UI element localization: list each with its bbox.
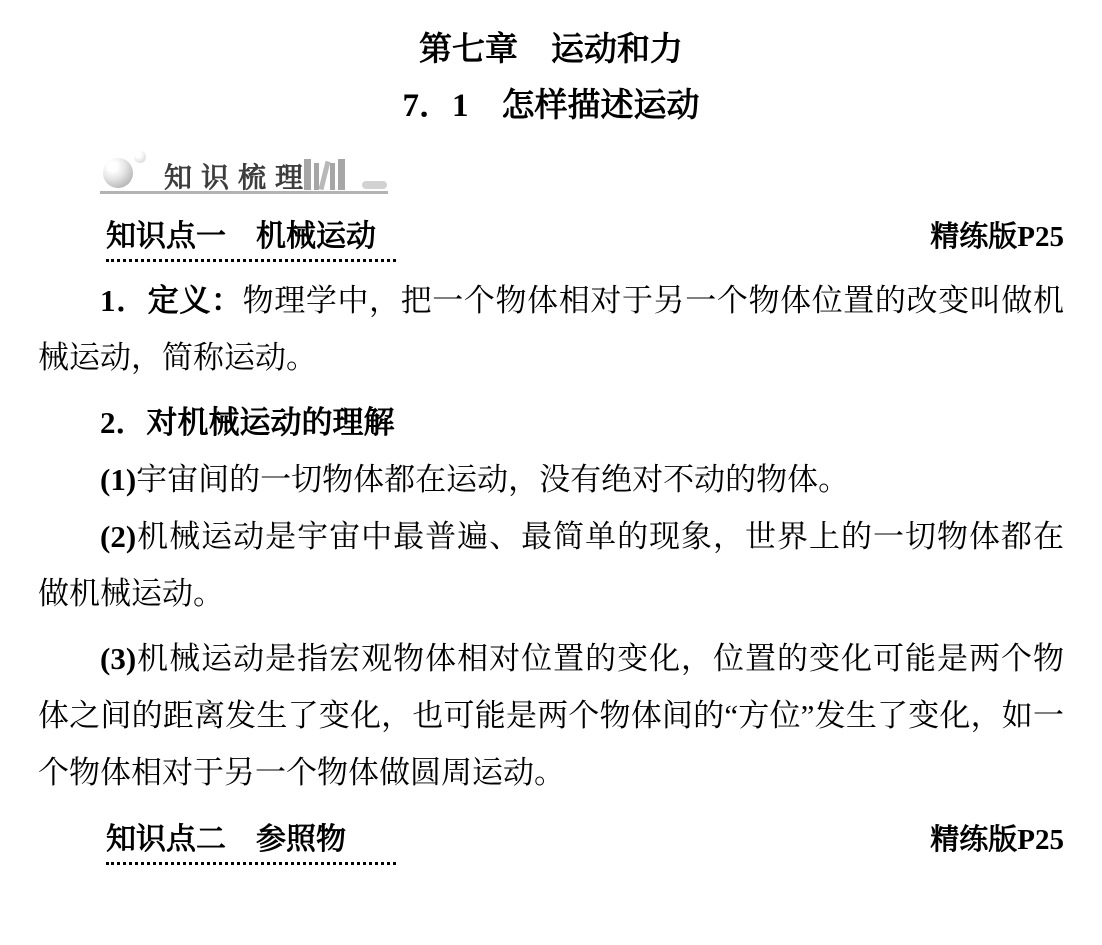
item-2-text: 机械运动是宇宙中最普遍、最简单的现象，世界上的一切物体都在做机械运动。 [38, 519, 1064, 611]
item-3-marker: (3) [100, 641, 136, 676]
knowledge-point-2-heading: 知识点二 参照物 [106, 823, 396, 865]
knowledge-point-1-row: 知识点一 机械运动 精练版P25 [106, 214, 1064, 262]
item-2-marker: (2) [100, 519, 136, 554]
understanding-item-3: (3)机械运动是指宏观物体相对位置的变化，位置的变化可能是两个物体之间的距离发生… [38, 630, 1064, 801]
textbook-page: 第七章 运动和力 7．1 怎样描述运动 知识梳理 知识点一 机械运动 精练版P2… [0, 0, 1102, 945]
knowledge-review-banner: 知识梳理 [100, 152, 440, 198]
knowledge-point-1-pageref: 精练版P25 [930, 214, 1064, 255]
understanding-heading: 2．对机械运动的理解 [38, 394, 1064, 451]
understanding-item-2: (2)机械运动是宇宙中最普遍、最简单的现象，世界上的一切物体都在做机械运动。 [38, 508, 1064, 622]
banner-label: 知识梳理 [164, 156, 312, 196]
definition-paragraph: 1．定义：物理学中，把一个物体相对于另一个物体位置的改变叫做机械运动，简称运动。 [38, 272, 1064, 386]
small-circle-icon [134, 151, 146, 163]
knowledge-point-1-heading: 知识点一 机械运动 [106, 220, 396, 262]
sphere-icon [103, 158, 133, 188]
understanding-item-1: (1)宇宙间的一切物体都在运动，没有绝对不动的物体。 [38, 451, 1064, 508]
understanding-number: 2． [100, 405, 147, 440]
item-1-marker: (1) [100, 462, 136, 497]
books-icon [304, 159, 348, 191]
chapter-title: 第七章 运动和力 [38, 0, 1064, 70]
body-text: 1．定义：物理学中，把一个物体相对于另一个物体位置的改变叫做机械运动，简称运动。… [38, 272, 1064, 801]
item-1-text: 宇宙间的一切物体都在运动，没有绝对不动的物体。 [136, 462, 849, 497]
item-3-text: 机械运动是指宏观物体相对位置的变化，位置的变化可能是两个物体之间的距离发生了变化… [38, 641, 1064, 790]
understanding-title: 对机械运动的理解 [147, 405, 395, 440]
definition-number: 1． [100, 283, 148, 318]
lesson-title: 7．1 怎样描述运动 [38, 86, 1064, 126]
knowledge-point-2-pageref: 精练版P25 [930, 817, 1064, 858]
knowledge-point-2-row: 知识点二 参照物 精练版P25 [106, 817, 1064, 865]
definition-lead: 定义： [148, 283, 243, 318]
dash-icon [362, 181, 387, 189]
